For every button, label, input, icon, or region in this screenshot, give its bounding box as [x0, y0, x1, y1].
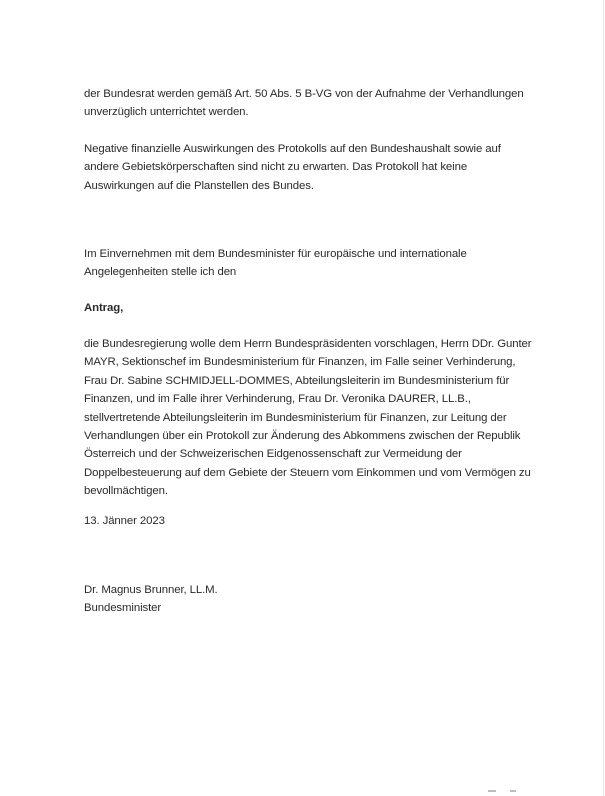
scan-artifact — [488, 790, 522, 793]
paragraph-motion: die Bundesregierung wolle dem Herrn Bund… — [84, 335, 554, 501]
signatory-name: Dr. Magnus Brunner, LL.M. — [84, 581, 554, 599]
text-line: Angelegenheiten stelle ich den — [84, 263, 554, 281]
text-line: die Bundesregierung wolle dem Herrn Bund… — [84, 335, 554, 353]
text-line: Verhandlungen über ein Protokoll zur Änd… — [84, 427, 554, 445]
text-line: Doppelbesteuerung auf dem Gebiete der St… — [84, 464, 554, 482]
heading-text: Antrag, — [84, 299, 554, 317]
page-edge-divider — [603, 0, 604, 796]
text-line: Frau Dr. Sabine SCHMIDJELL-DOMMES, Abtei… — [84, 372, 554, 390]
text-line: MAYR, Sektionschef im Bundesministerium … — [84, 353, 554, 371]
paragraph-agreement: Im Einvernehmen mit dem Bundesminister f… — [84, 245, 554, 282]
text-line: Im Einvernehmen mit dem Bundesminister f… — [84, 245, 554, 263]
signatory-title: Bundesminister — [84, 599, 554, 617]
text-line: andere Gebietskörperschaften sind nicht … — [84, 158, 554, 176]
heading-antrag: Antrag, — [84, 299, 554, 317]
text-line: Österreich und der Schweizerischen Eidge… — [84, 445, 554, 463]
signature-block: Dr. Magnus Brunner, LL.M. Bundesminister — [84, 581, 554, 618]
document-page: der Bundesrat werden gemäß Art. 50 Abs. … — [0, 0, 605, 796]
paragraph-intro-continuation: der Bundesrat werden gemäß Art. 50 Abs. … — [84, 85, 554, 122]
text-line: stellvertretende Abteilungsleiterin im B… — [84, 409, 554, 427]
text-line: der Bundesrat werden gemäß Art. 50 Abs. … — [84, 85, 554, 103]
document-date: 13. Jänner 2023 — [84, 512, 554, 530]
text-line: unverzüglich unterrichtet werden. — [84, 103, 554, 121]
text-line: bevollmächtigen. — [84, 482, 554, 500]
paragraph-financial-impact: Negative finanzielle Auswirkungen des Pr… — [84, 140, 554, 195]
text-line: Auswirkungen auf die Planstellen des Bun… — [84, 177, 554, 195]
text-line: Finanzen, und im Falle ihrer Verhinderun… — [84, 390, 554, 408]
text-line: Negative finanzielle Auswirkungen des Pr… — [84, 140, 554, 158]
date-text: 13. Jänner 2023 — [84, 512, 554, 530]
